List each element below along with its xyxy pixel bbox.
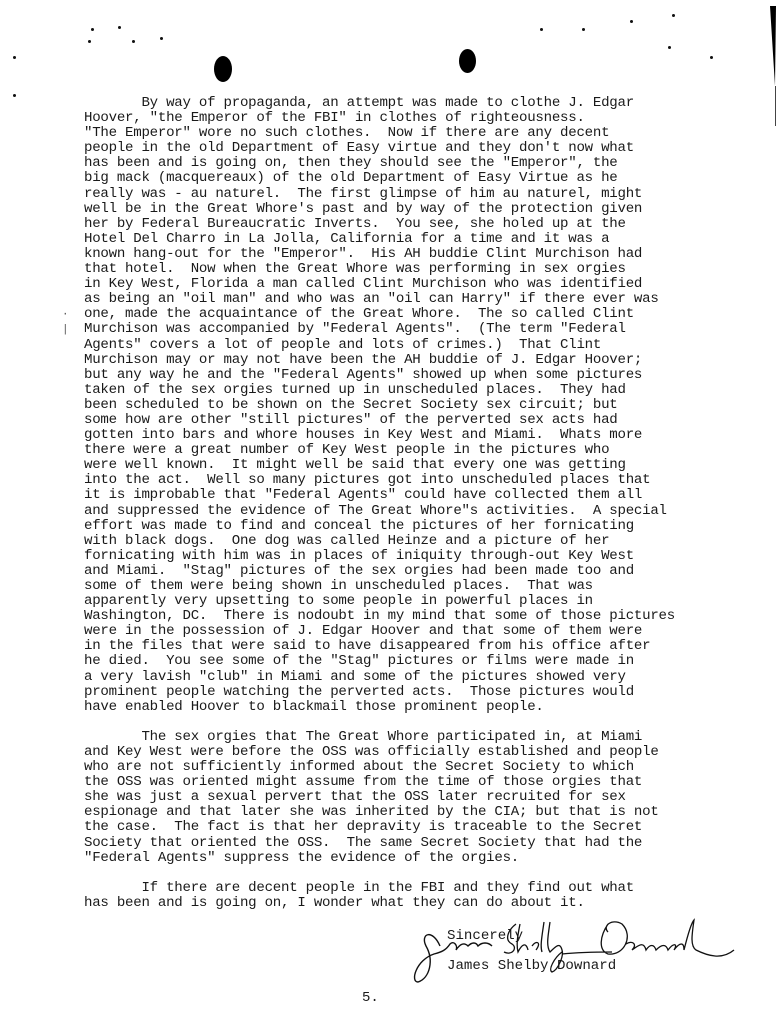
text-line: were in the possession of J. Edgar Hoove… <box>84 624 774 639</box>
text-line: prominent people watching the perverted … <box>84 685 774 700</box>
text-line: Murchison was accompanied by "Federal Ag… <box>84 322 774 337</box>
paragraph: By way of propaganda, an attempt was mad… <box>84 96 774 715</box>
text-line: there were a great number of Key West pe… <box>84 443 774 458</box>
text-line: Washington, DC. There is nodoubt in my m… <box>84 609 774 624</box>
text-line: into the act. Well so many pictures got … <box>84 473 774 488</box>
text-line: Society that oriented the OSS. The same … <box>84 836 774 851</box>
text-line: The sex orgies that The Great Whore part… <box>84 730 774 745</box>
text-line: a very lavish "club" in Miami and some o… <box>84 670 774 685</box>
margin-mark: | <box>62 324 69 336</box>
text-line: who are not sufficiently informed about … <box>84 760 774 775</box>
page-edge-line <box>775 86 776 126</box>
page-number: 5. <box>362 990 379 1006</box>
text-line: Agents" covers a lot of people and lots … <box>84 338 774 353</box>
text-line: the case. The fact is that her depravity… <box>84 820 774 835</box>
text-line: she was just a sexual pervert that the O… <box>84 790 774 805</box>
text-line: really was - au naturel. The first glimp… <box>84 187 774 202</box>
text-line: and suppressed the evidence of The Great… <box>84 504 774 519</box>
text-line: in Key West, Florida a man called Clint … <box>84 277 774 292</box>
scan-speck <box>118 26 121 29</box>
text-line: but any way he and the "Federal Agents" … <box>84 368 774 383</box>
document-page: · | By way of propaganda, an attempt was… <box>0 0 784 1024</box>
scan-speck <box>132 40 135 43</box>
text-line: Murchison may or may not have been the A… <box>84 353 774 368</box>
text-line: "Federal Agents" suppress the evidence o… <box>84 851 774 866</box>
scan-speck <box>582 28 585 31</box>
text-line: he died. You see some of the "Stag" pict… <box>84 654 774 669</box>
margin-mark: · <box>62 309 69 321</box>
text-line: been scheduled to be shown on the Secret… <box>84 398 774 413</box>
text-line: in the files that were said to have disa… <box>84 639 774 654</box>
letter-body: By way of propaganda, an attempt was mad… <box>84 96 774 926</box>
text-line: taken of the sex orgies turned up in uns… <box>84 383 774 398</box>
scan-speck <box>13 56 16 59</box>
punch-hole-mark <box>459 49 476 73</box>
text-line: some how are other "still pictures" of t… <box>84 413 774 428</box>
text-line: apparently very upsetting to some people… <box>84 594 774 609</box>
scan-speck <box>91 28 94 31</box>
scan-speck <box>88 40 91 43</box>
text-line: were well known. It might well be said t… <box>84 458 774 473</box>
text-line: people in the old Department of Easy vir… <box>84 141 774 156</box>
punch-hole-mark <box>214 56 232 82</box>
text-line: her by Federal Bureaucratic Inverts. You… <box>84 217 774 232</box>
text-line: with black dogs. One dog was called Hein… <box>84 534 774 549</box>
text-line: Hotel Del Charro in La Jolla, California… <box>84 232 774 247</box>
text-line: "The Emperor" wore no such clothes. Now … <box>84 126 774 141</box>
paragraph: If there are decent people in the FBI an… <box>84 881 774 911</box>
text-line: gotten into bars and whore houses in Key… <box>84 428 774 443</box>
text-line: has been and is going on, then they shou… <box>84 156 774 171</box>
text-line: has been and is going on, I wonder what … <box>84 896 774 911</box>
text-line: it is improbable that "Federal Agents" c… <box>84 488 774 503</box>
text-line: and Miami. "Stag" pictures of the sex or… <box>84 564 774 579</box>
scan-speck <box>540 28 543 31</box>
scan-speck <box>710 56 713 59</box>
scan-speck <box>13 94 16 97</box>
text-line: as being an "oil man" and who was an "oi… <box>84 292 774 307</box>
text-line: Hoover, "the Emperor of the FBI" in clot… <box>84 111 774 126</box>
text-line: effort was made to find and conceal the … <box>84 519 774 534</box>
text-line: big mack (macquereaux) of the old Depart… <box>84 171 774 186</box>
handwritten-signature <box>412 916 742 986</box>
text-line: and Key West were before the OSS was off… <box>84 745 774 760</box>
scan-speck <box>630 20 633 23</box>
text-line: espionage and that later she was inherit… <box>84 805 774 820</box>
text-line: have enabled Hoover to blackmail those p… <box>84 700 774 715</box>
text-line: fornicating with him was in places of in… <box>84 549 774 564</box>
text-line: some of them were being shown in unsched… <box>84 579 774 594</box>
text-line: one, made the acquaintance of the Great … <box>84 307 774 322</box>
text-line: that hotel. Now when the Great Whore was… <box>84 262 774 277</box>
scan-speck <box>668 46 671 49</box>
text-line: By way of propaganda, an attempt was mad… <box>84 96 774 111</box>
paragraph: The sex orgies that The Great Whore part… <box>84 730 774 866</box>
text-line: well be in the Great Whore's past and by… <box>84 202 774 217</box>
text-line: known hang-out for the "Emperor". His AH… <box>84 247 774 262</box>
scan-speck <box>672 14 675 17</box>
text-line: If there are decent people in the FBI an… <box>84 881 774 896</box>
text-line: the OSS was oriented might assume from t… <box>84 775 774 790</box>
scan-speck <box>160 37 163 40</box>
page-edge-shadow <box>770 6 776 86</box>
